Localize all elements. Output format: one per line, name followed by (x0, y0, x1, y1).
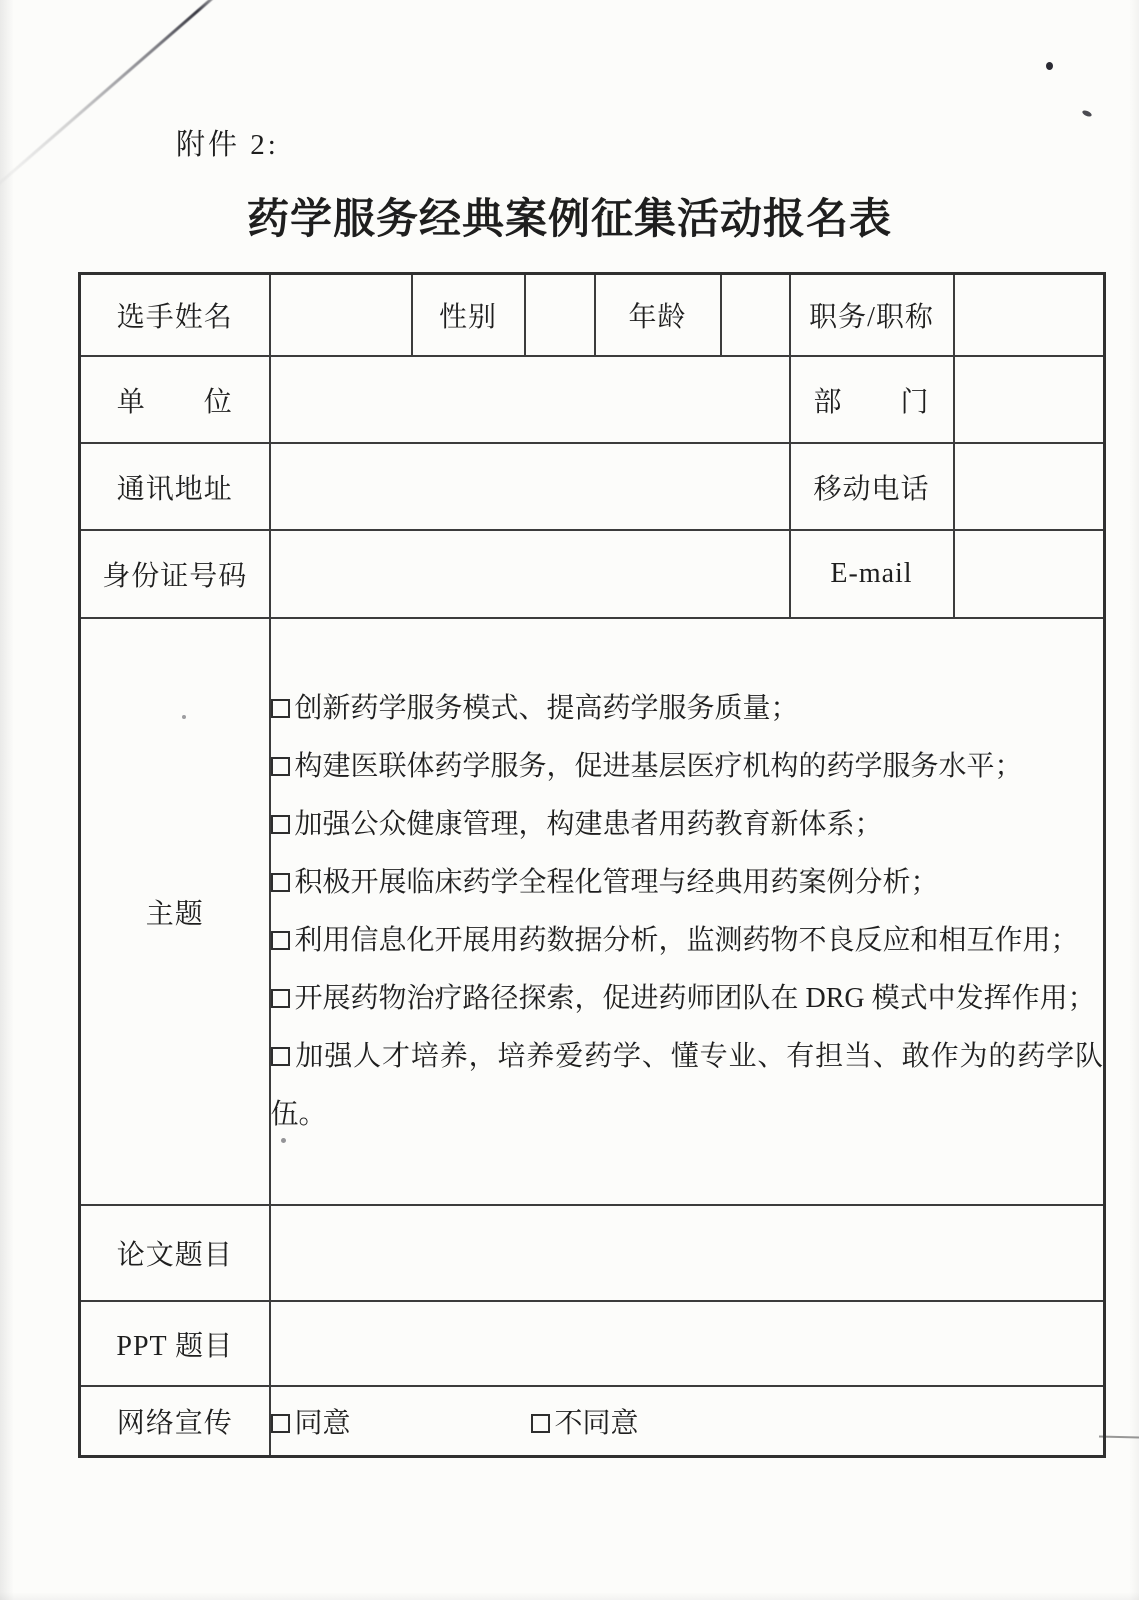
checkbox-icon (271, 989, 290, 1008)
theme-item: 创新药学服务模式、提高药学服务质量； (271, 680, 1104, 738)
address-label: 通讯地址 (80, 443, 270, 530)
player-name-value-cell (270, 274, 412, 357)
checkbox-icon (271, 815, 290, 834)
theme-item: 加强人才培养，培养爱药学、懂专业、有担当、敢作为的药学队伍。 (271, 1028, 1104, 1144)
row-ppt-title: PPT 题目 (80, 1301, 1105, 1386)
scan-speck (1081, 109, 1092, 118)
position-label: 职务/职称 (790, 274, 954, 357)
age-label: 年龄 (595, 274, 721, 357)
row-publicity: 网络宣传 同意 不同意 (80, 1386, 1105, 1457)
row-organization: 单 位 部 门 (80, 356, 1105, 443)
organization-value-cell (270, 356, 790, 443)
disagree-option: 不同意 (531, 1401, 639, 1441)
theme-item-text: 加强公众健康管理，构建患者用药教育新体系； (295, 809, 883, 840)
player-name-label: 选手姓名 (80, 274, 270, 357)
checkbox-icon (531, 1414, 550, 1433)
theme-item-text: 加强人才培养，培养爱药学、懂专业、有担当、敢作为的药学队伍。 (271, 1041, 1104, 1130)
ppt-title-label: PPT 题目 (80, 1301, 270, 1386)
row-theme: 主题 创新药学服务模式、提高药学服务质量； 构建医联体药学服务，促进基层医疗机构… (80, 618, 1105, 1205)
gender-value-cell (525, 274, 595, 357)
theme-label: 主题 (80, 618, 270, 1205)
organization-label: 单 位 (80, 356, 270, 443)
registration-form-table: 选手姓名 性别 年龄 职务/职称 单 位 部 门 通讯地址 移动电话 身份证号码… (78, 272, 1106, 1458)
theme-item: 积极开展临床药学全程化管理与经典用药案例分析； (271, 854, 1104, 912)
email-value-cell (954, 530, 1105, 618)
ppt-title-value-cell (270, 1301, 1105, 1386)
scanned-document-page: 附件 2: 药学服务经典案例征集活动报名表 选手姓名 性别 年龄 职务/职称 单… (0, 0, 1139, 1600)
theme-item-text: 利用信息化开展用药数据分析，监测药物不良反应和相互作用； (295, 925, 1079, 956)
theme-item-text: 构建医联体药学服务，促进基层医疗机构的药学服务水平； (295, 751, 1023, 782)
checkbox-icon (271, 757, 290, 776)
form-title: 药学服务经典案例征集活动报名表 (0, 186, 1139, 246)
department-value-cell (954, 356, 1105, 443)
theme-item: 开展药物治疗路径探索，促进药师团队在 DRG 模式中发挥作用； (271, 970, 1104, 1028)
email-label: E-mail (790, 530, 954, 618)
age-value-cell (721, 274, 790, 357)
agree-option: 同意 (271, 1401, 351, 1441)
mobile-value-cell (954, 443, 1105, 530)
gender-label: 性别 (412, 274, 525, 357)
theme-item: 构建医联体药学服务，促进基层医疗机构的药学服务水平； (271, 738, 1104, 796)
id-number-value-cell (270, 530, 790, 618)
scan-crease-line (0, 0, 221, 193)
theme-item: 加强公众健康管理，构建患者用药教育新体系； (271, 796, 1104, 854)
publicity-label: 网络宣传 (80, 1386, 270, 1457)
checkbox-icon (271, 931, 290, 950)
checkbox-icon (271, 1414, 290, 1433)
row-address: 通讯地址 移动电话 (80, 443, 1105, 530)
theme-options-cell: 创新药学服务模式、提高药学服务质量； 构建医联体药学服务，促进基层医疗机构的药学… (270, 618, 1105, 1205)
theme-item: 利用信息化开展用药数据分析，监测药物不良反应和相互作用； (271, 912, 1104, 970)
row-id-number: 身份证号码 E-mail (80, 530, 1105, 618)
theme-item-text: 开展药物治疗路径探索，促进药师团队在 DRG 模式中发挥作用； (295, 983, 1096, 1014)
department-label: 部 门 (790, 356, 954, 443)
disagree-label: 不同意 (555, 1408, 639, 1439)
attachment-label: 附件 2: (176, 122, 279, 163)
checkbox-icon (271, 1047, 290, 1066)
theme-item-text: 创新药学服务模式、提高药学服务质量； (295, 693, 799, 724)
checkbox-icon (271, 873, 290, 892)
address-value-cell (270, 443, 790, 530)
mobile-label: 移动电话 (790, 443, 954, 530)
paper-title-value-cell (270, 1205, 1105, 1301)
paper-title-label: 论文题目 (80, 1205, 270, 1301)
row-paper-title: 论文题目 (80, 1205, 1105, 1301)
scan-speck (1046, 62, 1053, 70)
position-value-cell (954, 274, 1105, 357)
checkbox-icon (271, 699, 290, 718)
agree-label: 同意 (295, 1408, 351, 1439)
publicity-options-cell: 同意 不同意 (270, 1386, 1105, 1457)
theme-item-text: 积极开展临床药学全程化管理与经典用药案例分析； (295, 867, 939, 898)
row-player-name: 选手姓名 性别 年龄 职务/职称 (80, 274, 1105, 357)
id-number-label: 身份证号码 (80, 530, 270, 618)
